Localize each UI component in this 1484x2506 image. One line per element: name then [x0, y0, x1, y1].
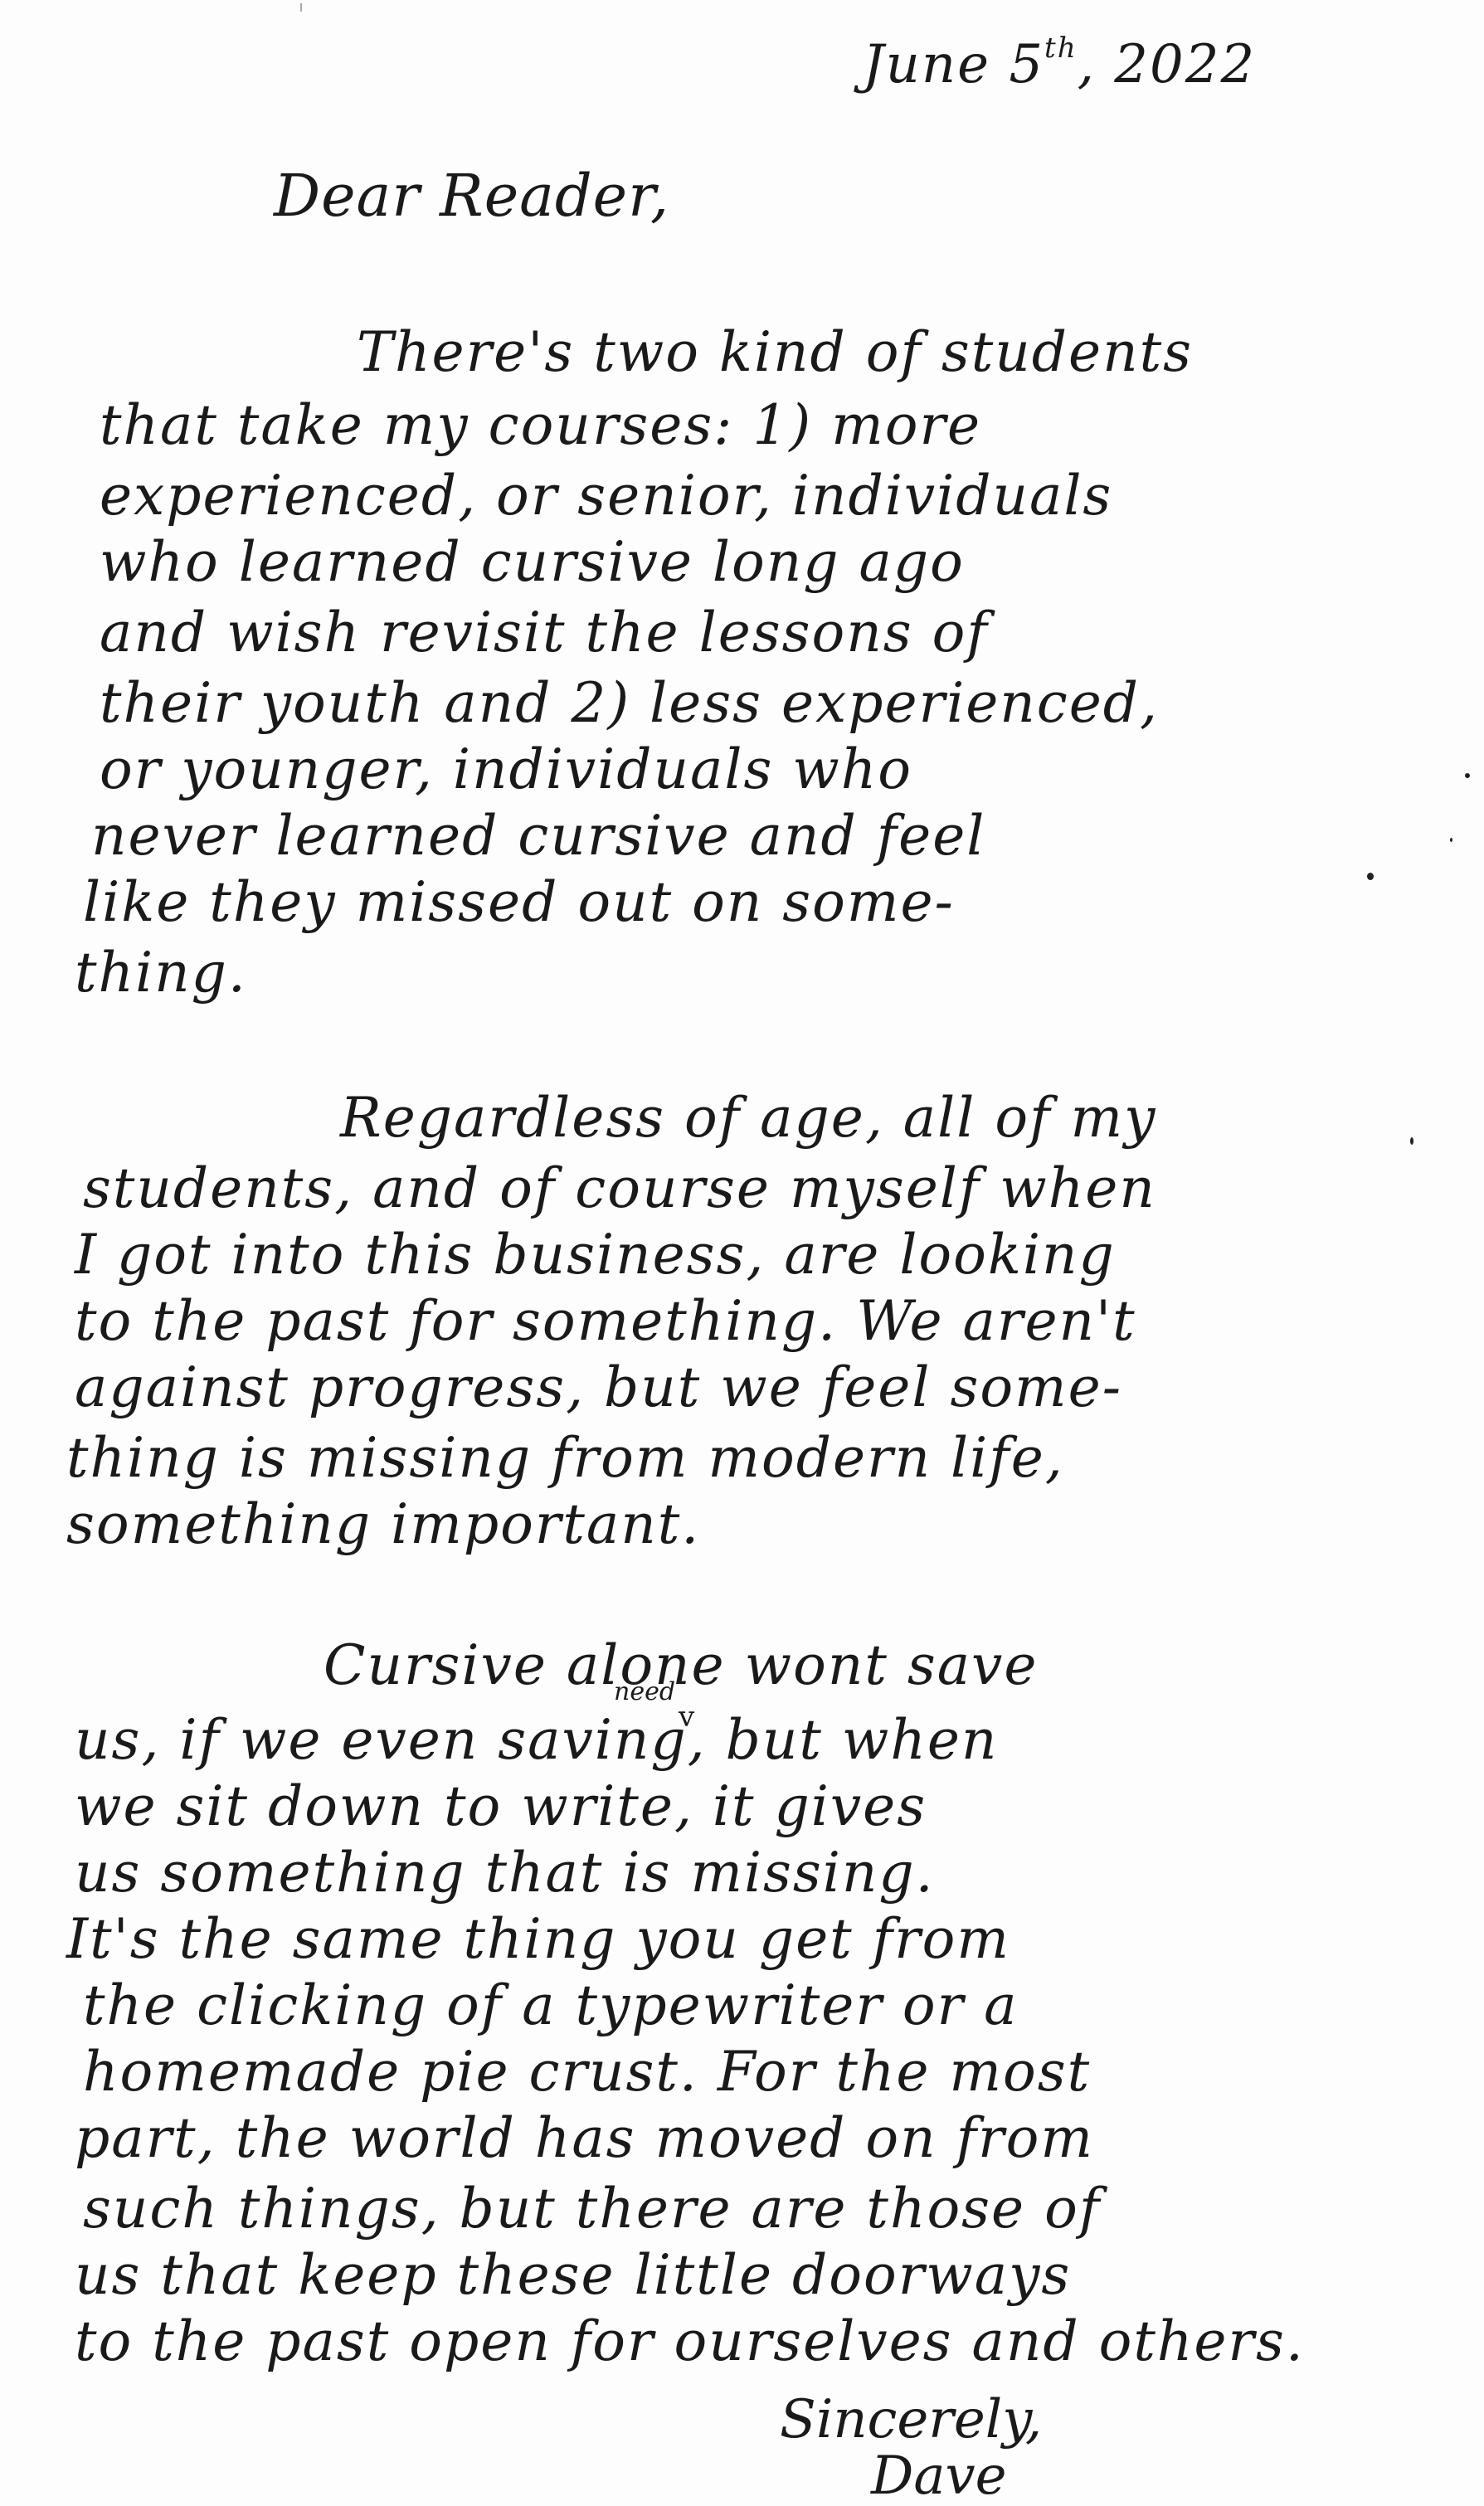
date-year: , 2022: [1078, 34, 1257, 95]
paragraph-line: to the past for something. We aren't: [75, 1294, 1136, 1349]
ink-speck: [1450, 838, 1452, 842]
paragraph-line: experienced, or senior, individuals: [100, 469, 1112, 523]
paragraph-line: and wish revisit the lessons of: [100, 606, 989, 660]
paragraph-line: or younger, individuals who: [100, 742, 912, 797]
inserted-word: need: [614, 1677, 675, 1706]
closing: Sincerely,: [780, 2389, 1042, 2450]
paragraph-line: such things, but there are those of: [83, 2182, 1101, 2236]
paragraph-line: students, and of course myself when: [83, 1161, 1156, 1216]
ink-speck: [1465, 773, 1470, 778]
paragraph-line: something important.: [66, 1497, 700, 1552]
handwritten-letter-page: June 5th, 2022 Dear Reader, There's two …: [0, 0, 1484, 2506]
salutation: Dear Reader,: [274, 162, 669, 230]
paragraph-line: their youth and 2) less experienced,: [100, 676, 1159, 731]
paragraph-line: like they missed out on some-: [83, 875, 955, 930]
paragraph-line: thing is missing from modern life,: [66, 1431, 1064, 1486]
paragraph-line: part, the world has moved on from: [75, 2111, 1094, 2166]
paragraph-line: who learned cursive long ago: [100, 535, 965, 590]
paragraph-line: It's the same thing you get from: [66, 1912, 1010, 1967]
paragraph-line: we sit down to write, it gives: [75, 1779, 927, 1834]
paragraph-line: us, if we even saving, but when: [75, 1713, 998, 1768]
paragraph-line: against progress, but we feel some-: [75, 1360, 1122, 1415]
paragraph-line: There's two kind of students: [357, 325, 1193, 380]
ink-speck: [1367, 873, 1374, 880]
letter-date: June 5th, 2022: [863, 32, 1256, 95]
paragraph-line: us something that is missing.: [75, 1846, 935, 1900]
ink-speck: [1410, 1137, 1413, 1145]
paragraph-line: to the past open for ourselves and other…: [75, 2314, 1305, 2369]
scan-mark: [300, 3, 302, 12]
paragraph-line: homemade pie crust. For the most: [83, 2045, 1091, 2100]
signature: Dave: [871, 2445, 1007, 2506]
paragraph-line: us that keep these little doorways: [75, 2248, 1071, 2303]
date-month-day: June 5: [863, 34, 1044, 95]
paragraph-line: I got into this business, are looking: [75, 1228, 1116, 1282]
paragraph-line: Regardless of age, all of my: [340, 1091, 1156, 1146]
paragraph-line: the clicking of a typewriter or a: [83, 1978, 1019, 2033]
paragraph-line: Cursive alone wont save: [324, 1638, 1038, 1693]
paragraph-line: thing.: [75, 946, 247, 1000]
paragraph-line: never learned cursive and feel: [91, 809, 985, 864]
paragraph-line: that take my courses: 1) more: [100, 398, 981, 453]
date-ordinal: th: [1044, 32, 1078, 65]
